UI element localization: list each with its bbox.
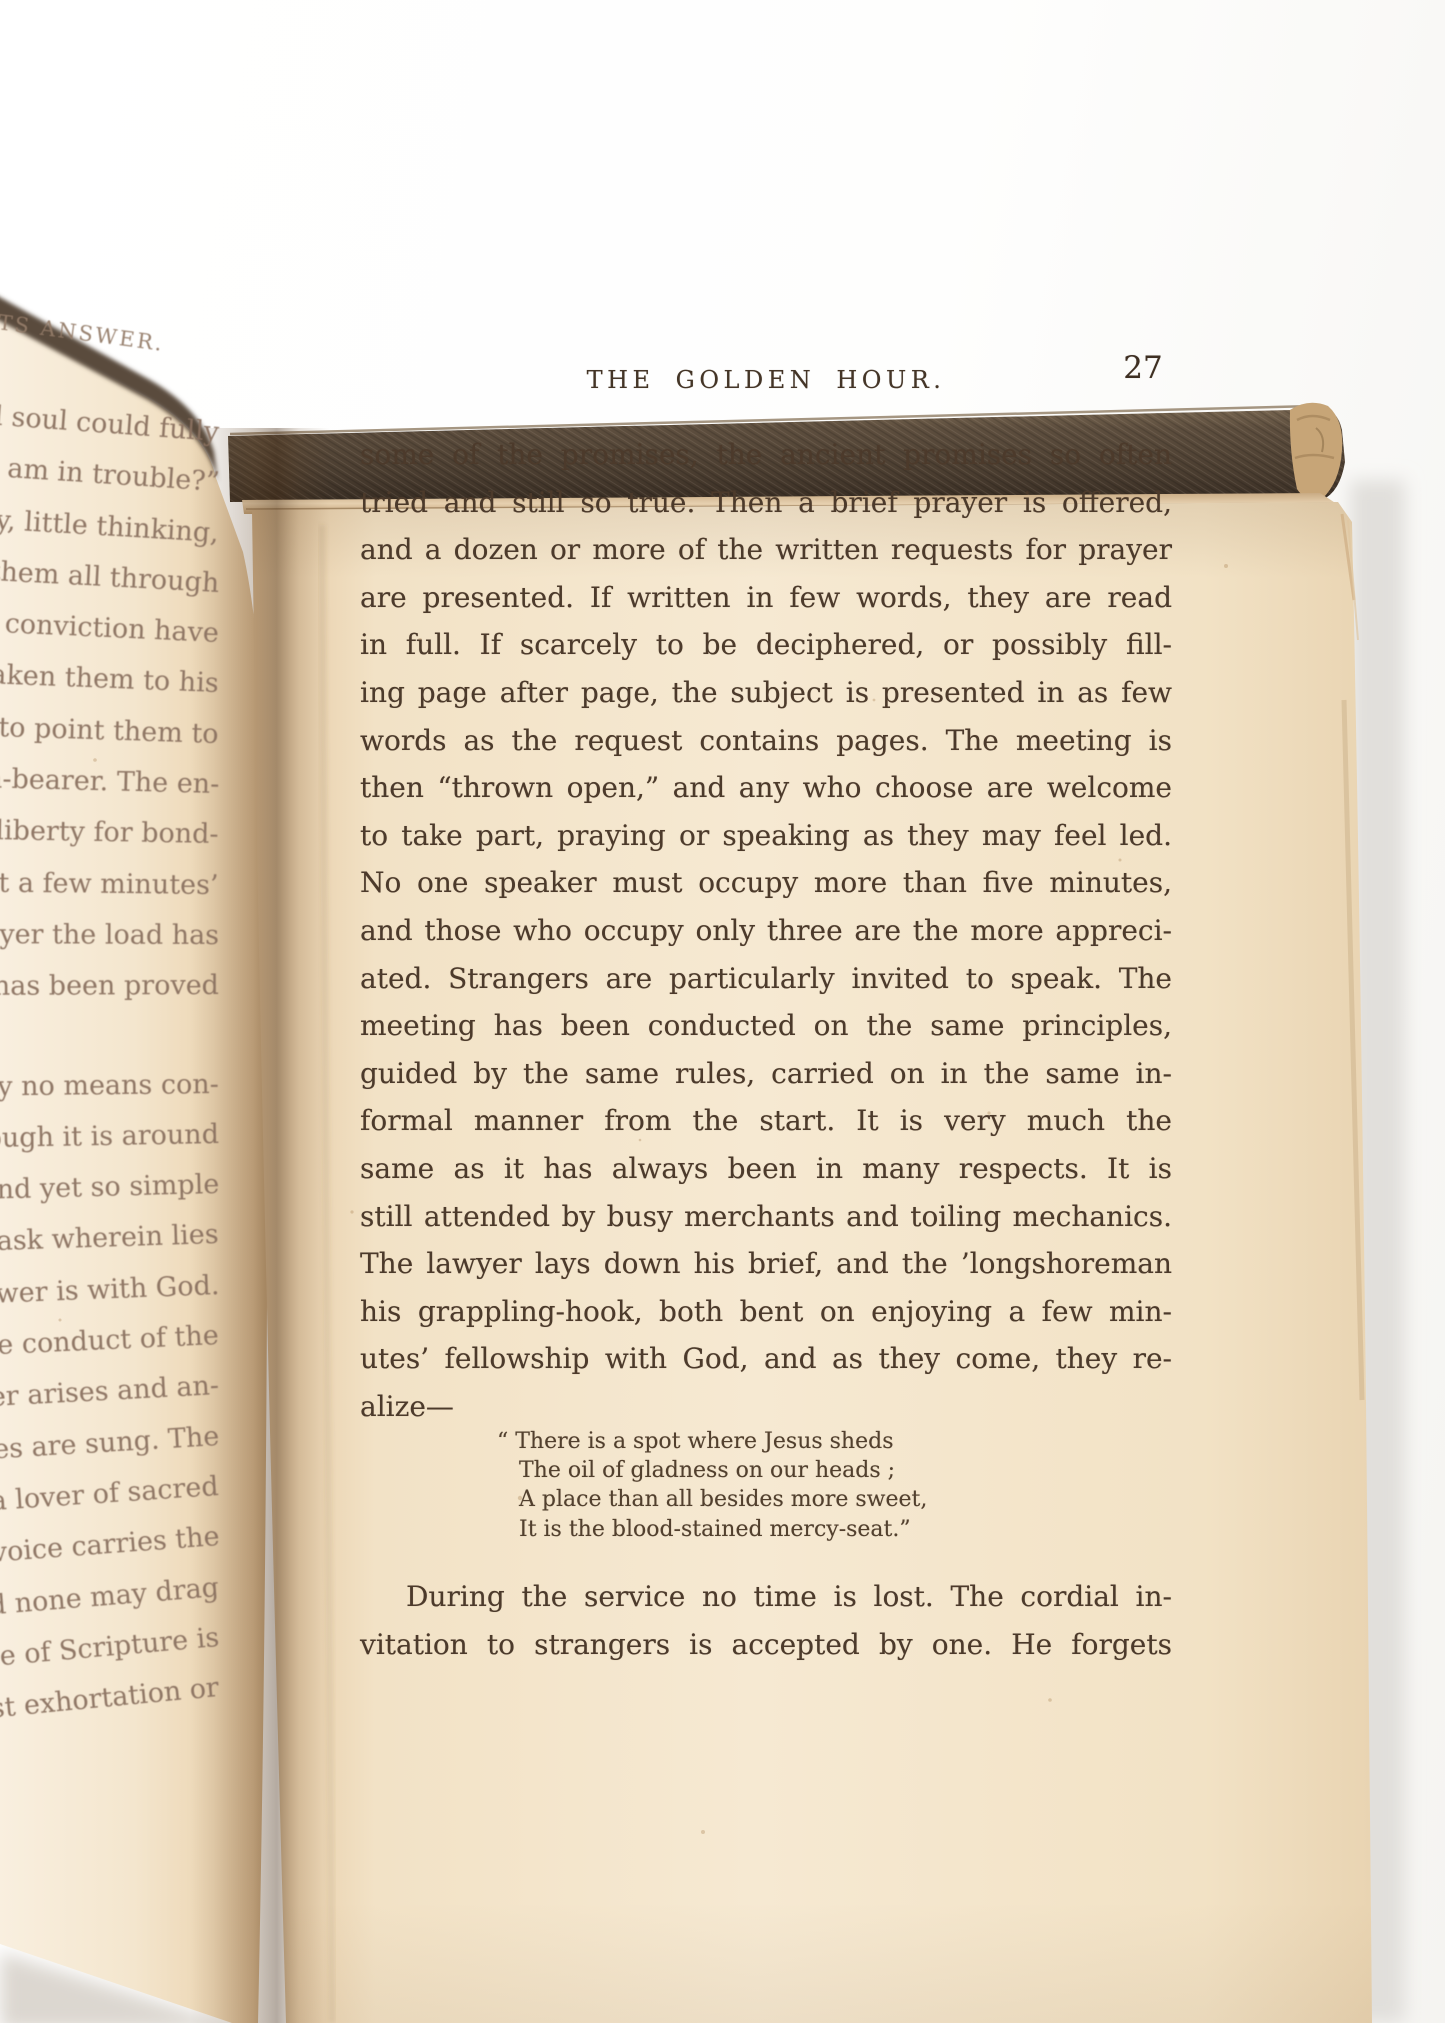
text-line: and a dozen or more of the written reque… bbox=[360, 526, 1172, 574]
text-line: “ There is a spot where Jesus sheds bbox=[497, 1427, 927, 1456]
text-line: The oil of gladness on our heads ; bbox=[497, 1456, 927, 1485]
body-last-line: alize— bbox=[360, 1383, 1172, 1431]
text-line: then “thrown open,” and any who choose a… bbox=[360, 764, 1172, 812]
text-line: utes’ fellowship with God, and as they c… bbox=[360, 1335, 1172, 1383]
text-line: guided by the same rules, carried on in … bbox=[360, 1050, 1172, 1098]
text-line: in full. If scarcely to be deciphered, o… bbox=[360, 621, 1172, 669]
text-line: A place than all besides more sweet, bbox=[497, 1485, 927, 1514]
text-line: formal manner from the start. It is very… bbox=[360, 1097, 1172, 1145]
text-line: to take part, praying or speaking as the… bbox=[360, 812, 1172, 860]
text-line: During the service no time is lost. The … bbox=[360, 1573, 1172, 1621]
text-line: and those who occupy only three are the … bbox=[360, 907, 1172, 955]
text-line: his grappling-hook, both bent on enjoyin… bbox=[360, 1288, 1172, 1336]
closing-paragraph: During the service no time is lost. The … bbox=[360, 1573, 1172, 1668]
hymn-quotation: “ There is a spot where Jesus shedsThe o… bbox=[497, 1427, 927, 1544]
text-line: still attended by busy merchants and toi… bbox=[360, 1193, 1172, 1241]
body-paragraphs: some of the promises, the ancient promis… bbox=[360, 431, 1172, 1430]
page-number: 27 bbox=[1103, 350, 1183, 386]
running-header: THE GOLDEN HOUR. bbox=[360, 366, 1172, 394]
book-photo: AND ITS ANSWER. only a tried soul could … bbox=[0, 0, 1445, 2023]
text-line: same as it has always been in many respe… bbox=[360, 1145, 1172, 1193]
text-line: vitation to strangers is accepted by one… bbox=[360, 1621, 1172, 1669]
text-line: ated. Strangers are particularly invited… bbox=[360, 955, 1172, 1003]
text-line: meeting has been conducted on the same p… bbox=[360, 1002, 1172, 1050]
text-line: are presented. If written in few words, … bbox=[360, 574, 1172, 622]
text-line: words as the request contains pages. The… bbox=[360, 717, 1172, 765]
text-line: tried and still so true. Then a brief pr… bbox=[360, 479, 1172, 527]
text-line: some of the promises, the ancient promis… bbox=[360, 431, 1172, 479]
text-line: The lawyer lays down his brief, and the … bbox=[360, 1240, 1172, 1288]
right-page-text: THE GOLDEN HOUR. 27 some of the promises… bbox=[0, 0, 1445, 2023]
text-line: No one speaker must occupy more than fiv… bbox=[360, 859, 1172, 907]
text-line: It is the blood-stained mercy-seat.” bbox=[497, 1515, 927, 1544]
text-line: ing page after page, the subject is pres… bbox=[360, 669, 1172, 717]
